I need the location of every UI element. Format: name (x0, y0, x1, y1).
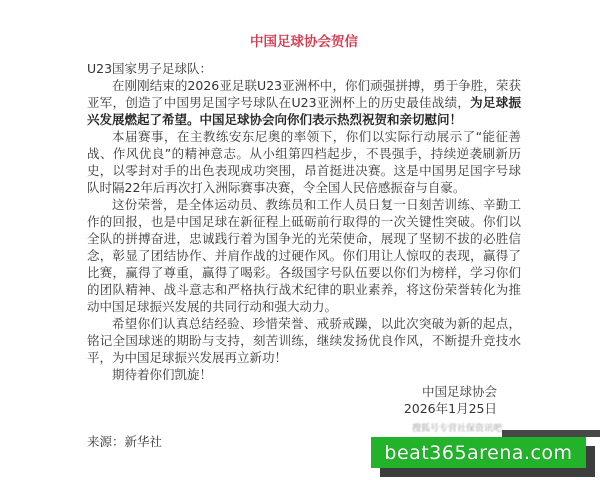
letter-signature: 中国足球协会 (87, 383, 521, 400)
letter-paragraph-4: 希望你们认真总结经验、珍惜荣誉、戒骄戒躁，以此次突破为新的起点，铭记全国球迷的期… (87, 315, 521, 366)
letter-paragraph-2: 本届赛事，在主教练安东尼奥的率领下，你们以实际行动展示了“能征善战、作风优良”的… (87, 128, 521, 196)
letter-paragraph-1: 在刚刚结束的2026亚足联U23亚洲杯中，你们顽强拼搏，勇于争胜，荣获亚军，创造… (87, 77, 521, 128)
letter-date: 2026年1月25日 (87, 400, 521, 417)
letter-salutation: U23国家男子足球队： (87, 60, 521, 77)
site-watermark-text: beat365arena.com (384, 442, 572, 464)
letter-title: 中国足球协会贺信 (87, 34, 521, 51)
letter-body: 中国足球协会贺信 U23国家男子足球队： 在刚刚结束的2026亚足联U23亚洲杯… (87, 34, 521, 417)
letter-paragraph-5: 期待着你们凯旋！ (87, 366, 521, 383)
source-line: 来源：新华社 (87, 432, 162, 450)
site-watermark: beat365arena.com (371, 437, 586, 468)
paragraph-1-lead: 在刚刚结束的2026亚足联U23亚洲杯中，你们顽强拼搏，勇于争胜，荣获亚军，创造… (87, 78, 521, 110)
letter-paragraph-3: 这份荣誉，是全体运动员、教练员和工作人员日复一日刻苦训练、辛勤工作的回报，也是中… (87, 196, 521, 315)
sohu-watermark-text: 搜狐号专营社保资讯吧 (412, 421, 502, 434)
watermark-shadow-bar (502, 430, 600, 437)
